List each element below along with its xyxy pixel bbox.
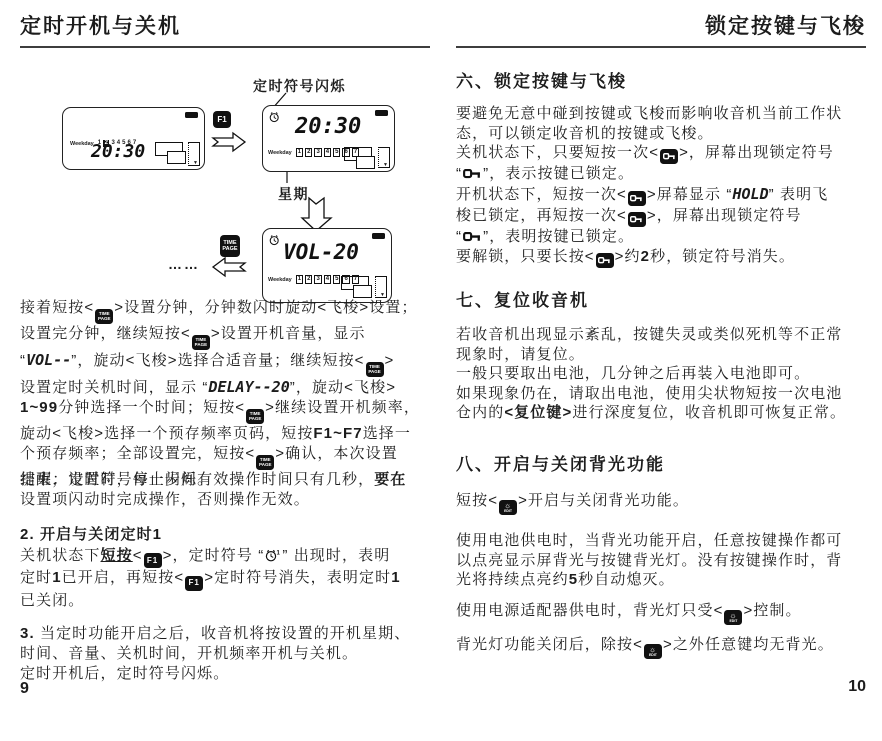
lock-key-icon xyxy=(628,191,646,206)
text-run: 开机状态下，短按一次< xyxy=(456,186,627,203)
callout-week: 星期 xyxy=(278,184,309,204)
text-run: >之外任意键均无背光。 xyxy=(663,636,834,653)
text-run: 秒自动熄灭。 xyxy=(578,571,675,588)
text-run: 要避免无意中碰到按键或飞梭而影响收音机当前工作状 xyxy=(456,105,842,122)
time-page-key-icon: TIMEPAGE xyxy=(366,362,384,377)
text-run: ” 出现时，表明 xyxy=(282,547,390,564)
signal-meter-graphic: ▼ xyxy=(341,276,387,298)
page-left: 定时开机与关机 定时符号闪烁 Weekday1234567 20:30 ▼ xyxy=(20,14,430,40)
page-number-right: 10 xyxy=(848,678,866,696)
f1-key-icon: F1 xyxy=(185,576,203,591)
time-page-key-icon: TIMEPAGE xyxy=(192,335,210,350)
timer-symbol-icon: 1 xyxy=(265,548,281,569)
weekday-label: Weekday xyxy=(268,277,292,283)
lcd-display-2: 20:30 Weekday1234567 ▼ xyxy=(262,105,395,172)
signal-meter-graphic: ▼ xyxy=(155,142,200,166)
text-run: 3. xyxy=(20,625,35,642)
text-run: 要解锁，只要长按< xyxy=(456,248,595,265)
text-run: ” 表明飞 xyxy=(769,186,829,203)
weekday-digit: 1 xyxy=(296,275,303,284)
backlight-edit-key-icon: ☼EDIT xyxy=(499,500,517,515)
text-run: 5 xyxy=(569,571,578,588)
weekday-digit: 3 xyxy=(314,275,321,284)
page-right: 锁定按键与飞梭 六、锁定按键与飞梭 要避免无意中碰到按键或飞梭而影响收音机当前工… xyxy=(456,14,866,40)
text-run: >确认，本次设置 xyxy=(275,445,398,462)
text-run: >设置开机音量，显示 xyxy=(211,325,366,342)
text-run: 旋动<飞梭>选择一个预存频率页码，短按 xyxy=(20,425,313,442)
timer-icon xyxy=(269,110,282,128)
text-run: >开启与关闭背光功能。 xyxy=(518,492,689,509)
backlight-edit-key-icon: ☼EDIT xyxy=(724,610,742,625)
battery-icon xyxy=(185,112,198,118)
text-run: 背光灯功能关闭后，除按< xyxy=(456,636,643,653)
text-run: 关机状态下，只要短按一次< xyxy=(456,144,659,161)
text-run: 定时开机后，定时符号闪烁。 xyxy=(20,665,229,682)
text-run: 一般只要取出电池，几分钟之后再装入电池即可。 xyxy=(456,365,810,382)
lcd-sequence-diagram: 定时符号闪烁 Weekday1234567 20:30 ▼ F1 2 xyxy=(20,70,430,307)
text-run: 分钟选择一个时间；短按< xyxy=(58,399,245,416)
lock-key-icon xyxy=(596,253,614,268)
paragraph-auto-onoff: 3. 当定时功能开启之后，收音机将按设置的开机星期、时间、音量、关机时间，开机频… xyxy=(20,624,432,684)
paragraph-backlight-adapter: 使用电源适配器供电时，背光灯只受<☼EDIT>控制。 xyxy=(456,601,868,625)
weekday-digit: 4 xyxy=(324,148,331,157)
weekday-digit: 2 xyxy=(305,148,312,157)
page-title-right: 锁定按键与飞梭 xyxy=(456,14,866,40)
weekday-digit: 3 xyxy=(314,148,321,157)
paragraph-reset-body: 若收音机出现显示紊乱，按键失灵或类似死机等不正常现象时，请复位。一般只要取出电池… xyxy=(456,325,868,423)
manual-spread: 定时开机与关机 定时符号闪烁 Weekday1234567 20:30 ▼ xyxy=(0,0,882,741)
battery-icon xyxy=(372,233,385,239)
lock-symbol-icon xyxy=(463,165,482,185)
weekday-digit: 2 xyxy=(305,275,312,284)
text-run: 2. 开启与关闭定时1 xyxy=(20,526,162,543)
f1-key-label: F1 xyxy=(217,115,226,124)
paragraph-backlight-toggle: 短按<☼EDIT>开启与关闭背光功能。 xyxy=(456,491,868,515)
weekday-digit: 1 xyxy=(296,148,303,157)
text-run: 短按 xyxy=(101,547,133,564)
lcd-display-1: Weekday1234567 20:30 ▼ xyxy=(62,107,205,170)
text-run: 要在 xyxy=(374,471,406,488)
text-run: 已开启，再短按< xyxy=(62,569,185,586)
timer-icon xyxy=(269,233,282,251)
text-run: F1~F7 xyxy=(313,425,362,442)
text-run: DELAY--20 xyxy=(208,378,289,396)
text-run: 现象时，请复位。 xyxy=(456,346,585,363)
text-run: >屏幕显示 “ xyxy=(647,186,733,203)
text-run: >，屏幕出现锁定符号 xyxy=(647,207,802,224)
text-run: 接着短按< xyxy=(20,299,94,316)
paragraph-setup-steps: 接着短按<TIMEPAGE>设置分钟，分钟数闪时旋动<飞梭>设置；设置完分钟，继… xyxy=(20,298,432,490)
text-run: HOLD xyxy=(733,185,769,203)
text-run: 设置项闪动时完成操作，否则操作无效。 xyxy=(20,491,310,508)
text-run: 设置完分钟，继续短按< xyxy=(20,325,191,342)
weekday-digit: 4 xyxy=(324,275,331,284)
text-run: 关机状态下 xyxy=(20,547,101,564)
svg-text:1: 1 xyxy=(277,550,281,556)
title-rule-left xyxy=(20,46,430,48)
lcd-display-3: VOL-20 Weekday1234567 ▼ xyxy=(262,228,392,303)
text-run: 进行深度复位，收音机即可恢复正常。 xyxy=(572,404,846,421)
signal-meter-graphic: ▼ xyxy=(344,147,390,168)
text-run: 个预存频率；全部设置完，短按< xyxy=(20,445,255,462)
text-run: >定时符号消失，表明定时 xyxy=(204,569,391,586)
time-page-key-icon: TIMEPAGE xyxy=(95,309,113,324)
text-run: 选择一 xyxy=(363,425,411,442)
paragraph-backlight-off: 背光灯功能关闭后，除按<☼EDIT>之外任意键均无背光。 xyxy=(456,635,868,659)
page-title-left: 定时开机与关机 xyxy=(20,14,430,40)
text-run: 1 xyxy=(391,569,400,586)
time-page-key-label: PAGE xyxy=(222,246,237,253)
text-run: 1 xyxy=(52,569,61,586)
text-run: ”，旋动<飞梭>选择合适音量；继续短按< xyxy=(71,352,364,369)
text-run: 2 xyxy=(641,248,650,265)
time-page-key-icon: TIMEPAGE xyxy=(246,409,264,424)
f1-key: F1 xyxy=(213,111,231,128)
backlight-edit-key-icon: ☼EDIT xyxy=(644,644,662,659)
lock-key-icon xyxy=(628,212,646,227)
text-run: >设置分钟，分钟数闪时旋动<飞梭>设置； xyxy=(114,299,417,316)
page-number-left: 9 xyxy=(20,680,29,698)
weekday-label: Weekday xyxy=(268,150,292,156)
text-run: ”，表明按键已锁定。 xyxy=(483,228,634,245)
text-run: “ xyxy=(456,228,462,245)
text-run: > xyxy=(385,352,395,369)
weekday-digit: 5 xyxy=(333,148,340,157)
text-run: 1~99 xyxy=(20,399,58,416)
paragraph-timer1-toggle: 2. 开启与关闭定时1关机状态下短按<F1>，定时符号 “1” 出现时，表明定时… xyxy=(20,525,432,611)
text-run: 态，可以锁定收音机的按键或飞梭。 xyxy=(456,125,714,142)
paragraph-lock-body: 要避免无意中碰到按键或飞梭而影响收音机当前工作状态，可以锁定收音机的按键或飞梭。… xyxy=(456,104,868,268)
f1-key-icon: F1 xyxy=(144,553,162,568)
text-run: <复位键> xyxy=(504,404,572,421)
time-page-key: TIME PAGE xyxy=(220,235,240,257)
text-run: >，屏幕出现锁定符号 xyxy=(679,144,834,161)
text-run: 提醒：设置时，每一步间有效操作时间只有几秒， xyxy=(20,471,374,488)
paragraph-reminder: 提醒：设置时，每一步间有效操作时间只有几秒，要在设置项闪动时完成操作，否则操作无… xyxy=(20,470,432,510)
weekday-digit: 5 xyxy=(333,275,340,284)
text-run: >继续设置开机频率， xyxy=(265,399,420,416)
text-run: >，定时符号 “ xyxy=(163,547,265,564)
section-heading-reset: 七、复位收音机 xyxy=(456,291,589,311)
paragraph-backlight-battery: 使用电池供电时，当背光功能开启，任意按键操作都可以点亮显示屏背光与按键背光灯。没… xyxy=(456,531,868,590)
text-run: 以点亮显示屏背光与按键背光灯。没有按键操作时，背 xyxy=(456,552,842,569)
text-run: 若收音机出现显示紊乱，按键失灵或类似死机等不正常 xyxy=(456,326,842,343)
section-heading-backlight: 八、开启与关闭背光功能 xyxy=(456,455,665,475)
text-run: 设置定时关机时间，显示 “ xyxy=(20,379,208,396)
text-run: < xyxy=(133,547,143,564)
text-run: 当定时功能开启之后，收音机将按设置的开机星期、 xyxy=(35,625,411,642)
text-run: 仓内的 xyxy=(456,404,504,421)
arrow-right-icon xyxy=(213,133,245,151)
text-run: 已关闭。 xyxy=(20,592,84,609)
text-run: ”，表示按键已锁定。 xyxy=(483,165,634,182)
text-run: 使用电池供电时，当背光功能开启，任意按键操作都可 xyxy=(456,532,842,549)
text-run: VOL-- xyxy=(26,351,71,369)
repeat-ellipsis: …… xyxy=(168,256,200,272)
text-run: 秒，锁定符号消失。 xyxy=(650,248,795,265)
text-run: “ xyxy=(456,165,462,182)
lock-key-icon xyxy=(660,149,678,164)
text-run: >约 xyxy=(615,248,641,265)
text-run: 使用电源适配器供电时，背光灯只受< xyxy=(456,602,723,619)
arrow-left-icon xyxy=(213,258,245,276)
text-run: 梭已锁定，再短按一次< xyxy=(456,207,627,224)
text-run: >控制。 xyxy=(743,602,801,619)
section-heading-lock: 六、锁定按键与飞梭 xyxy=(456,72,627,92)
lcd-time-value: 20:30 xyxy=(295,114,361,139)
time-page-key-icon: TIMEPAGE xyxy=(256,455,274,470)
text-run: 时间、音量、关机时间，开机频率开机与关机。 xyxy=(20,645,358,662)
lcd-volume-value: VOL-20 xyxy=(283,240,359,264)
lcd-time-value: 20:30 xyxy=(91,141,145,162)
text-run: 短按< xyxy=(456,492,498,509)
text-run: ”，旋动<飞梭> xyxy=(290,379,396,396)
title-rule-right xyxy=(456,46,866,48)
text-run: 如果现象仍在，请取出电池，使用尖状物短按一次电池 xyxy=(456,385,842,402)
lock-symbol-icon xyxy=(463,228,482,248)
callout-timer-blink: 定时符号闪烁 xyxy=(253,76,346,96)
text-run: 定时 xyxy=(20,569,52,586)
text-run: 光将持续点亮约 xyxy=(456,571,569,588)
battery-icon xyxy=(375,110,388,116)
